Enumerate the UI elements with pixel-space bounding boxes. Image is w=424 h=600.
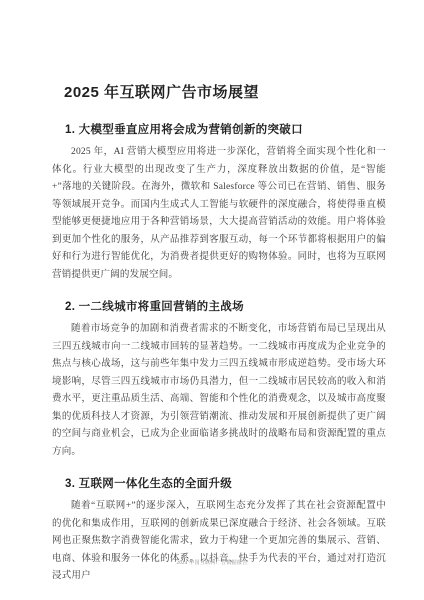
section-2: 2. 一二线城市将重回营销的主战场 随着市场竞争的加剧和消费者需求的不断变化，市… [0,300,424,461]
page-footer: 2024 中国互联网广告数据报告 [0,561,424,567]
document-page: 2025 年互联网广告市场展望 1. 大模型垂直应用将会成为营销创新的突破口 2… [0,0,424,600]
section-3: 3. 互联网一体化生态的全面升级 随着“互联网+”的逐步深入，互联网生态充分发挥… [0,477,424,586]
section-3-heading: 3. 互联网一体化生态的全面升级 [65,477,386,491]
section-2-paragraph: 随着市场竞争的加剧和消费者需求的不断变化，市场营销布局已呈现出从三四五线城市向一… [52,321,386,461]
section-1: 1. 大模型垂直应用将会成为营销创新的突破口 2025 年，AI 营销大模型应用… [0,123,424,284]
document-title: 2025 年互联网广告市场展望 [64,84,386,102]
section-1-paragraph: 2025 年，AI 营销大模型应用将进一步深化，营销将全面实现个性化和一体化。行… [52,144,386,284]
section-3-paragraph: 随着“互联网+”的逐步深入，互联网生态充分发挥了其在社会资源配置中的优化和集成作… [52,498,386,586]
section-2-heading: 2. 一二线城市将重回营销的主战场 [65,300,386,314]
section-1-heading: 1. 大模型垂直应用将会成为营销创新的突破口 [65,123,386,137]
